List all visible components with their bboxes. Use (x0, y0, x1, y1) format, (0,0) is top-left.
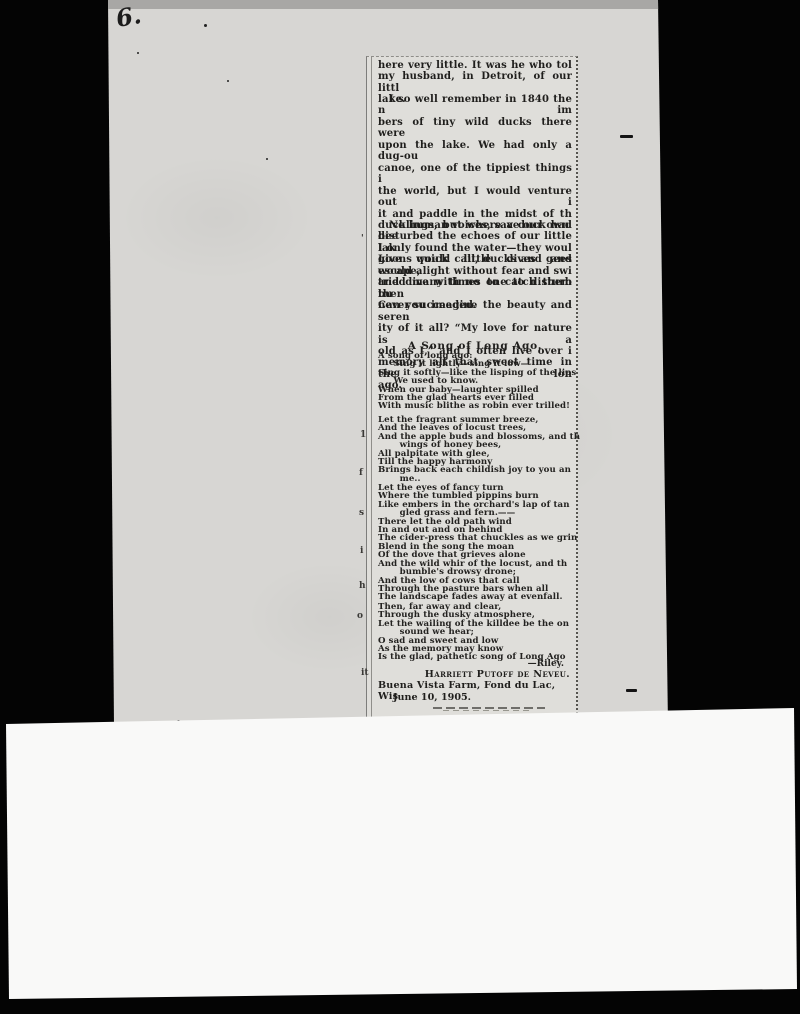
dust-speck (227, 80, 229, 82)
cut-column-glyph: o (357, 611, 363, 621)
cut-column-glyph: 1 (360, 430, 366, 440)
clipping-column: here very little. It was he who tolmy hu… (367, 57, 576, 717)
text-line: would alight without fear and swi (378, 266, 572, 277)
poem-stanza-5: Then, far away and clear,Through the dus… (378, 603, 572, 662)
scanned-archive-image: 6. here very little. It was he who tolmy… (0, 0, 800, 1014)
pen-dash-mark (626, 689, 637, 692)
text-line: here very little. It was he who tol (378, 60, 572, 71)
text-line: my husband, in Detroit, of our littl (378, 71, 572, 94)
text-line: and dive with no one to disturb then (378, 277, 572, 300)
text-line: upon the lake. We had only a dug-ou (378, 140, 572, 163)
poem-stanza-2: Let the fragrant summer breeze,And the l… (378, 416, 572, 483)
article-end-rule (433, 707, 545, 709)
text-line: No human voices, save our own (378, 220, 572, 231)
cut-column-glyph: h (359, 581, 366, 591)
dust-speck (266, 158, 268, 160)
text-line: the world, but I would venture out i (378, 186, 572, 209)
cut-column-glyph: it (361, 668, 369, 678)
dust-speck (204, 24, 207, 27)
cut-column-glyph: i (360, 546, 363, 556)
blank-sheet (0, 700, 800, 1005)
poem-stanza-1: A song of long ago: Sing it lightly—sing… (378, 352, 572, 411)
text-line: disturbed the echoes of our little lak (378, 231, 572, 254)
dust-speck (137, 52, 139, 54)
poem-stanza-4: Blend in the song the moanOf the dove th… (378, 543, 572, 602)
cut-column-glyph: s (359, 508, 364, 518)
text-line: it and paddle in the midst of th (378, 209, 572, 220)
text-line: The landscape fades away at evenfall. (378, 593, 572, 601)
author-signature: Harriett Putoff de Neveu. (378, 669, 572, 680)
poem-attribution: —Riley. (378, 659, 572, 669)
text-line: With music blithe as robin ever trilled! (378, 402, 572, 410)
text-line: Can you imagine the beauty and seren (378, 300, 572, 323)
date-line: June 10, 1905. (378, 692, 572, 703)
newspaper-clipping: here very little. It was he who tolmy hu… (366, 56, 578, 718)
text-line: canoe, one of the tippiest things i (378, 163, 572, 186)
page-top-edge-shadow (104, 0, 668, 9)
pen-dash-mark (620, 135, 633, 138)
cut-column-glyph: ' (361, 234, 364, 244)
text-line: bers of tiny wild ducks there were (378, 117, 572, 140)
handwritten-page-number: 6. (114, 0, 144, 33)
text-line: me.. (378, 475, 572, 483)
poem-title: A Song of Long Ago. (378, 341, 572, 351)
poem-stanza-3: Let the eyes of fancy turnWhere the tumb… (378, 484, 572, 543)
text-line: Loons would call, ducks and gees (378, 254, 572, 265)
text-line: I so well remember in 1840 the n im (378, 94, 572, 117)
cut-column-glyph: f (359, 468, 363, 478)
